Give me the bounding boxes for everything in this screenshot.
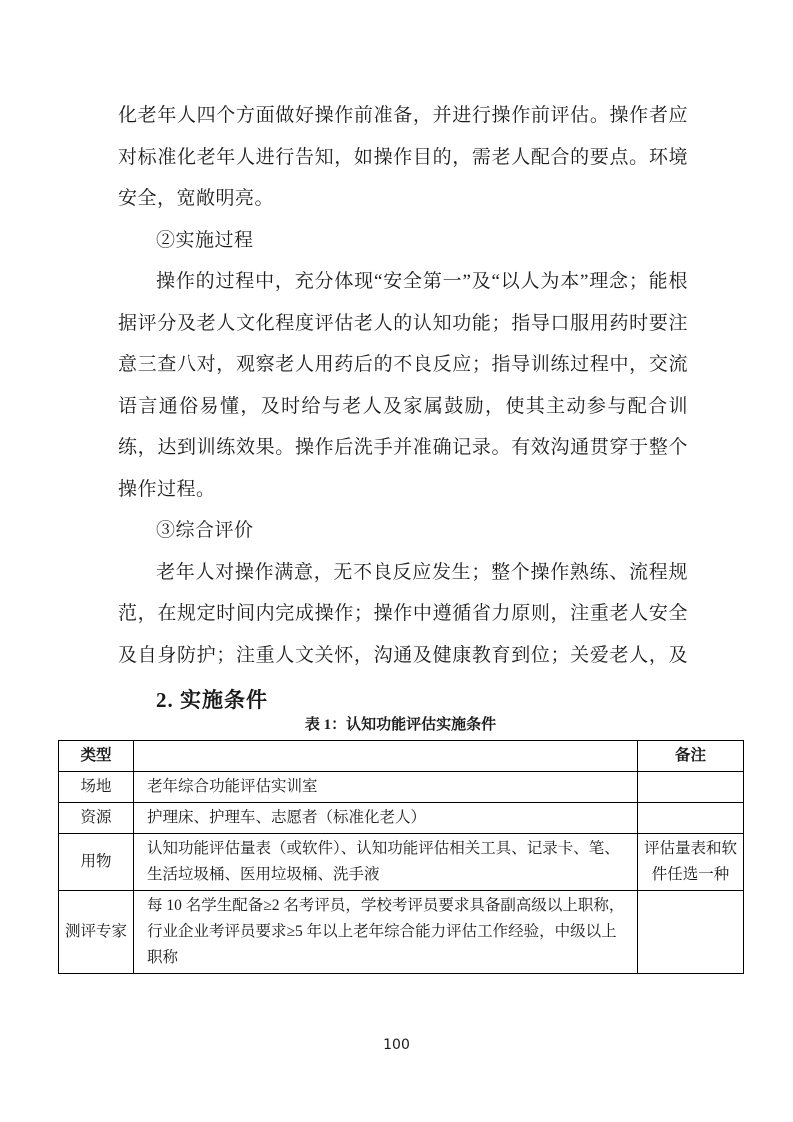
table-row-resources: 资源 护理床、护理车、志愿者（标准化老人）: [59, 803, 744, 834]
cell-content: 每 10 名学生配备≥2 名考评员，学校考评员要求具备副高级以上职称，行业企业考…: [134, 891, 638, 974]
document-page: 化老年人四个方面做好操作前准备，并进行操作前评估。操作者应对标准化老年人进行告知…: [0, 0, 793, 1122]
header-content: [134, 741, 638, 772]
paragraph-implementation-process: 操作的过程中，充分体现“安全第一”及“以人为本”理念；能根据评分及老人文化程度评…: [118, 261, 688, 510]
cell-type: 资源: [59, 803, 134, 834]
cell-type: 用物: [59, 834, 134, 891]
page-number: 100: [0, 1037, 793, 1053]
conditions-table: 类型 备注 场地 老年综合功能评估实训室 资源 护理床、护理车、志愿者（标准化老…: [58, 740, 744, 974]
table-row-assessors: 测评专家 每 10 名学生配备≥2 名考评员，学校考评员要求具备副高级以上职称，…: [59, 891, 744, 974]
table-row-site: 场地 老年综合功能评估实训室: [59, 772, 744, 803]
cell-note: 评估量表和软件任选一种: [638, 834, 744, 891]
paragraph-comprehensive-evaluation: 老年人对操作满意，无不良反应发生；整个操作熟练、流程规范，在规定时间内完成操作；…: [118, 552, 688, 680]
cell-content: 认知功能评估量表（或软件）、认知功能评估相关工具、记录卡、笔、生活垃圾桶、医用垃…: [134, 834, 638, 891]
cell-note: [638, 772, 744, 803]
table-caption: 表 1：认知功能评估实施条件: [58, 714, 743, 736]
table-header-row: 类型 备注: [59, 741, 744, 772]
cell-type: 测评专家: [59, 891, 134, 974]
header-type: 类型: [59, 741, 134, 772]
cell-note: [638, 891, 744, 974]
cell-content: 老年综合功能评估实训室: [134, 772, 638, 803]
body-text: 化老年人四个方面做好操作前准备，并进行操作前评估。操作者应对标准化老年人进行告知…: [118, 95, 688, 679]
table-row-supplies: 用物 认知功能评估量表（或软件）、认知功能评估相关工具、记录卡、笔、生活垃圾桶、…: [59, 834, 744, 891]
subheading-comprehensive-evaluation: ③综合评价: [118, 510, 688, 552]
cell-type: 场地: [59, 772, 134, 803]
subheading-implementation-process: ②实施过程: [118, 220, 688, 262]
paragraph-continuation: 化老年人四个方面做好操作前准备，并进行操作前评估。操作者应对标准化老年人进行告知…: [118, 95, 688, 220]
conditions-table-section: 表 1：认知功能评估实施条件 类型 备注 场地 老年综合功能评估实训室 资源 护: [58, 714, 743, 974]
cell-note: [638, 803, 744, 834]
header-note: 备注: [638, 741, 744, 772]
cell-content: 护理床、护理车、志愿者（标准化老人）: [134, 803, 638, 834]
